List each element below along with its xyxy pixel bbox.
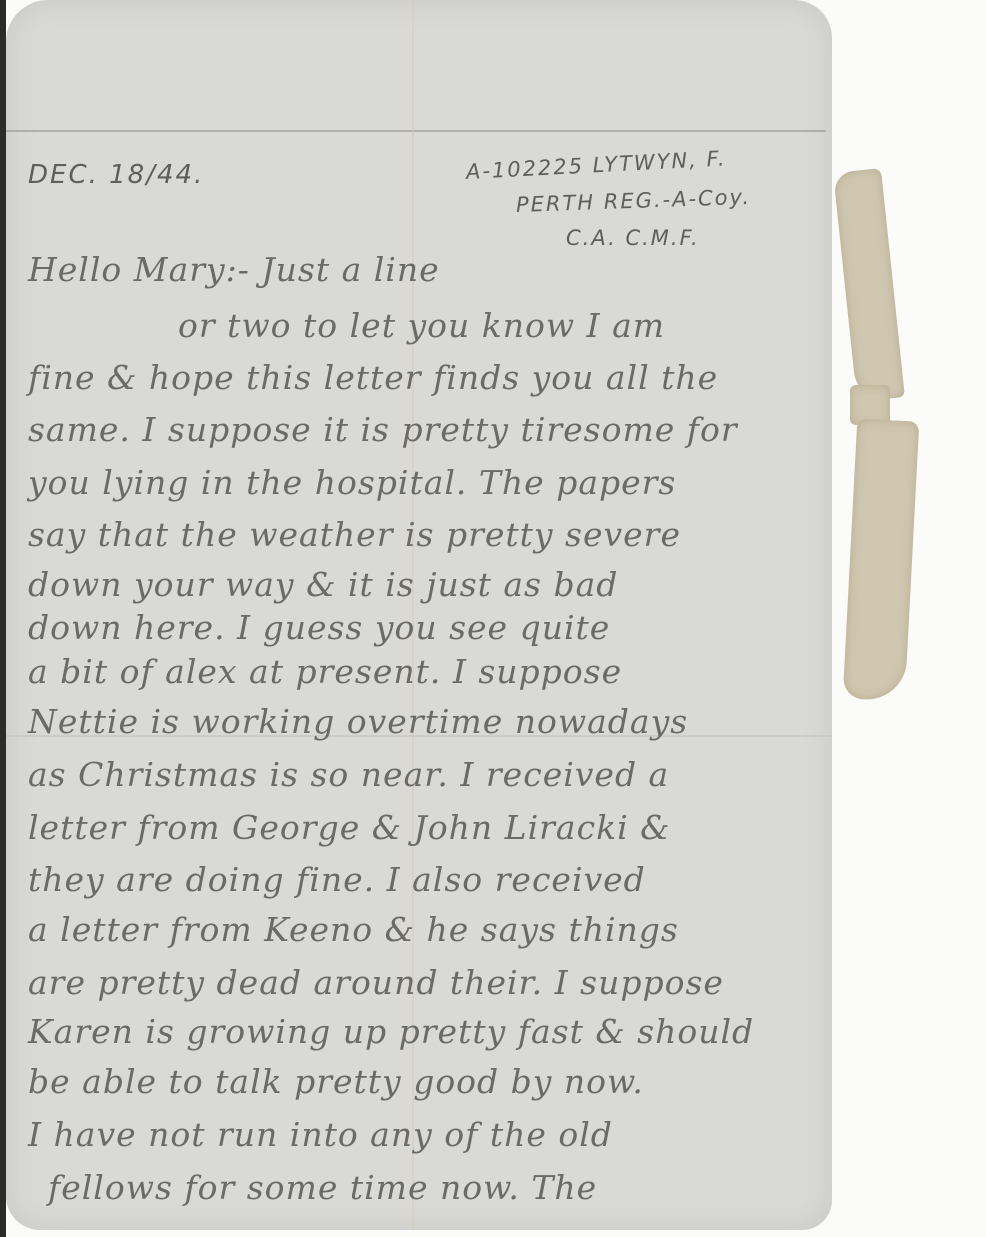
letter-line: Nettie is working overtime nowadays <box>28 702 688 741</box>
torn-tape-flap <box>843 419 920 702</box>
letter-line: fellows for some time now. The <box>48 1168 597 1207</box>
letter-line: are pretty dead around their. I suppose <box>28 963 724 1002</box>
letter-line: I have not run into any of the old <box>28 1115 613 1154</box>
torn-tape-flap <box>833 168 905 402</box>
letter-line: or two to let you know I am <box>178 306 665 345</box>
letter-line: a letter from Keeno & he says things <box>28 910 679 949</box>
letter-line: down here. I guess you see quite <box>28 608 610 647</box>
letter-line: Hello Mary:- Just a line <box>28 250 440 289</box>
sender-address-line-3: C.A. C.M.F. <box>566 226 700 250</box>
letter-line: you lying in the hospital. The papers <box>28 463 676 502</box>
letter-line: be able to talk pretty good by now. <box>28 1062 644 1101</box>
letter-line: down your way & it is just as bad <box>28 565 618 604</box>
letter-line: say that the weather is pretty severe <box>28 515 681 554</box>
flap-fold-line <box>6 130 826 132</box>
letter-line: letter from George & John Liracki & <box>28 808 671 847</box>
letter-line: a bit of alex at present. I suppose <box>28 652 622 691</box>
letter-line: as Christmas is so near. I received a <box>28 755 669 794</box>
letter-scan: DEC. 18/44. A-102225 LYTWYN, F. PERTH RE… <box>0 0 986 1237</box>
letter-line: same. I suppose it is pretty tiresome fo… <box>28 410 738 449</box>
letter-date: DEC. 18/44. <box>28 160 204 190</box>
letter-line: fine & hope this letter finds you all th… <box>28 358 718 397</box>
letter-line: Karen is growing up pretty fast & should <box>28 1012 754 1051</box>
letter-line: they are doing fine. I also received <box>28 860 646 899</box>
